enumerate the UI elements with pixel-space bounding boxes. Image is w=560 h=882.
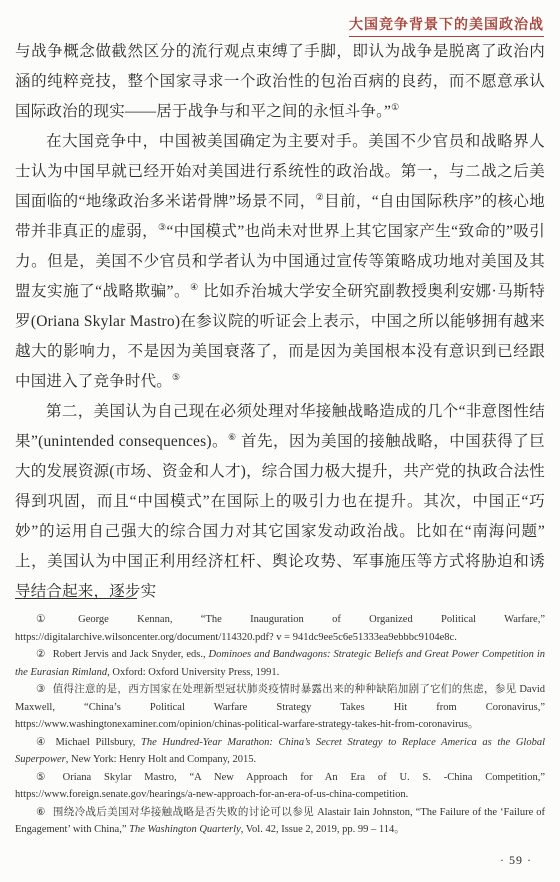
footnote-marker: ⑥ xyxy=(36,807,53,818)
footnote-item: ③值得注意的是，西方国家在处理新型冠状肺炎疫情时暴露出来的种种缺陷加剧了它们的焦… xyxy=(15,681,545,734)
running-header-title: 大国竞争背景下的美国政治战 xyxy=(349,14,544,37)
footnote-reference-mark: ③ xyxy=(158,222,166,232)
footnote-marker: ⑤ xyxy=(36,772,63,783)
footnote-item: ⑥围绕冷战后美国对华接触战略是否失败的讨论可以参见 Alastair Iain … xyxy=(15,804,545,839)
footnote-marker: ③ xyxy=(36,684,53,695)
footnote-item: ⑤Oriana Skylar Mastro, “A New Approach f… xyxy=(15,769,545,804)
text-segment: , New York: Henry Holt and Company, 2015… xyxy=(66,754,256,765)
text-segment: Michael Pillsbury, xyxy=(55,737,141,748)
footnote-reference-mark: ① xyxy=(391,102,399,112)
article-body: 与战争概念做截然区分的流行观点束缚了手脚，即认为战争是脱离了政治内涵的纯粹竞技，… xyxy=(15,37,545,607)
body-paragraph: 在大国竞争中，中国被美国确定为主要对手。美国不少官员和战略界人士认为中国早就已经… xyxy=(15,127,545,397)
footnote-reference-mark: ⑤ xyxy=(172,372,180,382)
running-header: 大国竞争背景下的美国政治战 xyxy=(349,14,544,37)
text-segment: 值得注意的是，西方国家在处理新型冠状肺炎疫情时暴露出来的种种缺陷加剧了它们的焦虑… xyxy=(15,684,545,730)
footnote-reference-mark: ⑥ xyxy=(228,432,237,442)
footnote-item: ④Michael Pillsbury, The Hundred-Year Mar… xyxy=(15,734,545,769)
text-segment: Robert Jervis and Jack Snyder, eds., xyxy=(53,649,209,660)
text-segment: 首先，因为美国的接触战略，中国获得了巨大的发展资源(市场、资金和人才)，综合国力… xyxy=(15,433,545,600)
text-segment: , Oxford: Oxford University Press, 1991. xyxy=(107,667,279,678)
footnote-reference-mark: ② xyxy=(316,192,324,202)
document-page: 大国竞争背景下的美国政治战 与战争概念做截然区分的流行观点束缚了手脚，即认为战争… xyxy=(0,0,560,882)
footnote-marker: ④ xyxy=(36,737,55,748)
text-segment: Oriana Skylar Mastro, “A New Approach fo… xyxy=(15,772,545,801)
footnote-item: ②Robert Jervis and Jack Snyder, eds., Do… xyxy=(15,646,545,681)
footnote-separator xyxy=(15,598,137,599)
footnote-marker: ② xyxy=(36,649,53,660)
footnote-area: ①George Kennan, “The Inauguration of Org… xyxy=(15,598,545,839)
page-number: · 59 · xyxy=(500,853,532,868)
italic-title-segment: The Washington Quarterly xyxy=(129,824,241,835)
footnote-reference-mark: ④ xyxy=(190,282,199,292)
text-segment: George Kennan, “The Inauguration of Orga… xyxy=(15,614,545,643)
body-paragraph: 与战争概念做截然区分的流行观点束缚了手脚，即认为战争是脱离了政治内涵的纯粹竞技，… xyxy=(15,37,545,127)
footnote-list: ①George Kennan, “The Inauguration of Org… xyxy=(15,611,545,839)
text-segment: 与战争概念做截然区分的流行观点束缚了手脚，即认为战争是脱离了政治内涵的纯粹竞技，… xyxy=(15,43,545,120)
footnote-marker: ① xyxy=(36,614,78,625)
text-segment: , Vol. 42, Issue 2, 2019, pp. 99 – 114。 xyxy=(241,824,405,835)
footnote-item: ①George Kennan, “The Inauguration of Org… xyxy=(15,611,545,646)
body-paragraph: 第二，美国认为自己现在必须处理对华接触战略造成的几个“非意图性结果”(unint… xyxy=(15,397,545,607)
